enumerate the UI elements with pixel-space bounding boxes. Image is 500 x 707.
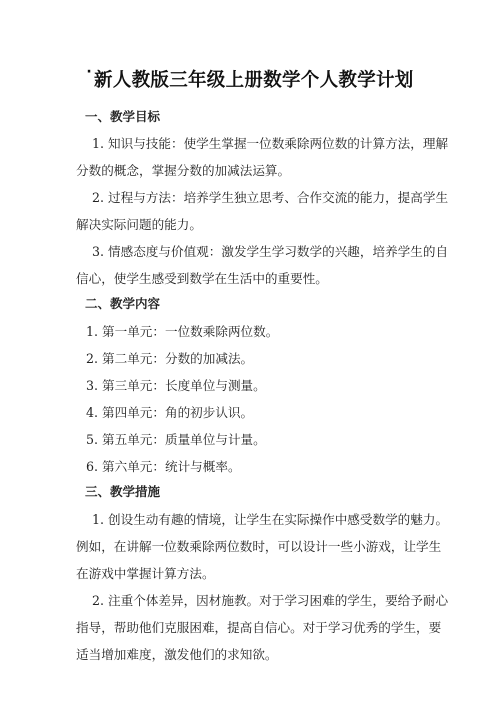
goal-2-line-1: 2. 过程与方法：培养学生独立思考、合作交流的能力，提高学生 bbox=[92, 187, 448, 206]
measure-1-line-2: 例如，在讲解一位数乘除两位数时，可以设计一些小游戏，让学生 bbox=[76, 536, 441, 555]
content-item: 2. 第二单元：分数的加减法。 bbox=[86, 348, 253, 367]
content-item: 1. 第一单元：一位数乘除两位数。 bbox=[86, 321, 278, 340]
measure-1-line-1: 1. 创设生动有趣的情境，让学生在实际操作中感受数学的魅力。 bbox=[92, 509, 448, 528]
section-heading-goals: 一、教学目标 bbox=[85, 107, 160, 125]
document-title: ·新人教版三年级上册数学个人教学计划 bbox=[0, 66, 500, 92]
content-item: 6. 第六单元：统计与概率。 bbox=[86, 456, 241, 475]
goal-3-line-1: 3. 情感态度与价值观：激发学生学习数学的兴趣，培养学生的自 bbox=[92, 241, 448, 260]
section-heading-measures: 三、教学措施 bbox=[85, 482, 160, 500]
measure-2-line-2: 指导，帮助他们克服困难，提高自信心。对于学习优秀的学生，要 bbox=[76, 617, 441, 636]
goal-2-line-2: 解决实际问题的能力。 bbox=[76, 214, 202, 233]
goal-1-line-1: 1. 知识与技能：使学生掌握一位数乘除两位数的计算方法，理解 bbox=[92, 133, 448, 152]
measure-1-line-3: 在游戏中掌握计算方法。 bbox=[76, 563, 215, 582]
title-marker: · bbox=[86, 64, 92, 80]
goal-1-line-2: 分数的概念，掌握分数的加减法运算。 bbox=[76, 160, 290, 179]
section-heading-content: 二、教学内容 bbox=[85, 294, 160, 312]
document-page: ·新人教版三年级上册数学个人教学计划 一、教学目标 1. 知识与技能：使学生掌握… bbox=[0, 0, 500, 707]
content-item: 4. 第四单元：角的初步认识。 bbox=[86, 402, 253, 421]
content-item: 3. 第三单元：长度单位与测量。 bbox=[86, 375, 266, 394]
goal-3-line-2: 信心，使学生感受到数学在生活中的重要性。 bbox=[76, 268, 328, 287]
content-item: 5. 第五单元：质量单位与计量。 bbox=[86, 429, 266, 448]
measure-2-line-3: 适当增加难度，激发他们的求知欲。 bbox=[76, 644, 278, 663]
measure-2-line-1: 2. 注重个体差异，因材施教。对于学习困难的学生，要给予耐心 bbox=[92, 590, 448, 609]
title-text: 新人教版三年级上册数学个人教学计划 bbox=[94, 70, 414, 91]
